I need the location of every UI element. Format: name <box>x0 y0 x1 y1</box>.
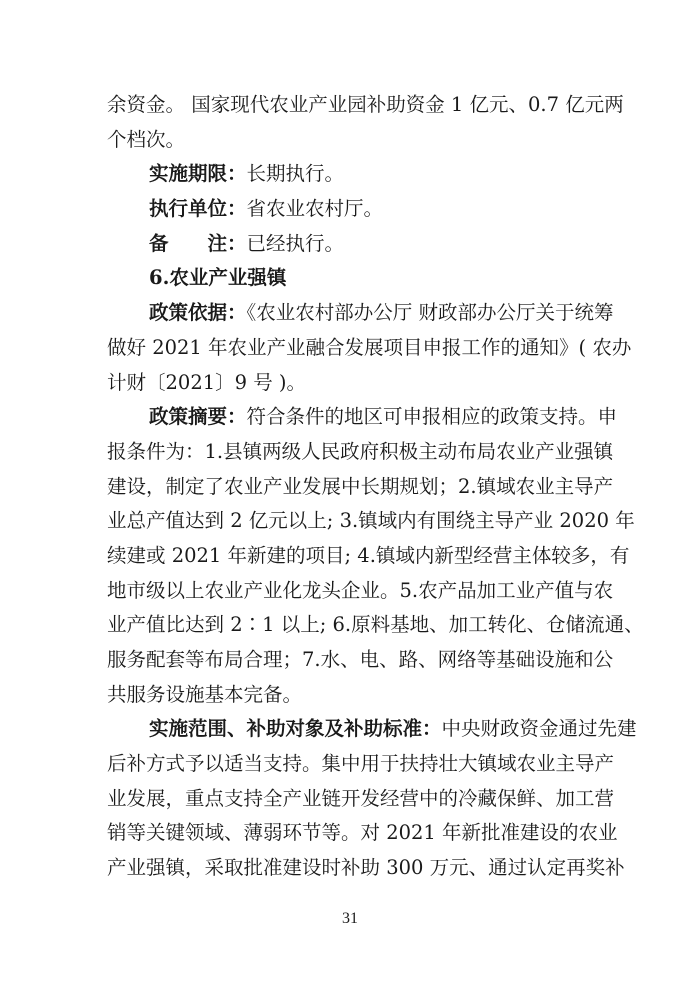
line-text: 共服务设施基本完备。 <box>107 683 302 706</box>
paragraph-line: 个档次。 <box>107 123 595 158</box>
field-label: 实施范围、补助对象及补助标准： <box>149 717 442 740</box>
document-body: 余资金。 国家现代农业产业园补助资金 1 亿元、0.7 亿元两 个档次。 实施期… <box>107 88 595 886</box>
paragraph-line: 地市级以上农业产业化龙头企业。5.农产品加工业产值与农 <box>107 574 595 609</box>
paragraph-line: 销等关键领域、薄弱环节等。对 2021 年新批准建设的农业 <box>107 816 595 851</box>
field-value: 已经执行。 <box>247 232 345 255</box>
line-text: 后补方式予以适当支持。集中用于扶持壮大镇域农业主导产 <box>107 752 614 775</box>
document-page: 余资金。 国家现代农业产业园补助资金 1 亿元、0.7 亿元两 个档次。 实施期… <box>0 0 700 990</box>
line-text: 计财〔2021〕9 号 )。 <box>107 371 306 394</box>
field-label: 政策依据： <box>149 301 247 324</box>
line-text: 个档次。 <box>107 128 185 151</box>
paragraph-line: 共服务设施基本完备。 <box>107 678 595 713</box>
field-value: 长期执行。 <box>247 162 345 185</box>
field-value: 省农业农村厅。 <box>247 197 384 220</box>
paragraph-line: 余资金。 国家现代农业产业园补助资金 1 亿元、0.7 亿元两 <box>107 88 595 123</box>
field-scope-and-standard: 实施范围、补助对象及补助标准：中央财政资金通过先建 <box>107 712 595 747</box>
field-label: 政策摘要： <box>149 405 247 428</box>
line-text: 报条件为：1.县镇两级人民政府积极主动布局农业产业强镇 <box>107 440 613 463</box>
field-remarks: 备 注：已经执行。 <box>107 227 595 262</box>
line-text: 余资金。 国家现代农业产业园补助资金 1 亿元、0.7 亿元两 <box>107 93 624 116</box>
field-implementation-period: 实施期限：长期执行。 <box>107 157 595 192</box>
field-label: 执行单位： <box>149 197 247 220</box>
paragraph-line: 报条件为：1.县镇两级人民政府积极主动布局农业产业强镇 <box>107 435 595 470</box>
paragraph-line: 业总产值达到 2 亿元以上; 3.镇域内有围绕主导产业 2020 年 <box>107 504 595 539</box>
paragraph-line: 后补方式予以适当支持。集中用于扶持壮大镇域农业主导产 <box>107 747 595 782</box>
line-text: 做好 2021 年农业产业融合发展项目申报工作的通知》( 农办 <box>107 336 631 359</box>
line-text: 销等关键领域、薄弱环节等。对 2021 年新批准建设的农业 <box>107 821 618 844</box>
line-text: 地市级以上农业产业化龙头企业。5.农产品加工业产值与农 <box>107 579 613 602</box>
field-value: 符合条件的地区可申报相应的政策支持。申 <box>247 405 618 428</box>
page-number: 31 <box>0 910 700 928</box>
line-text: 产业强镇，采取批准建设时补助 300 万元、通过认定再奖补 <box>107 856 625 879</box>
field-label: 实施期限： <box>149 162 247 185</box>
paragraph-line: 业产值比达到 2∶1 以上; 6.原料基地、加工转化、仓储流通、 <box>107 608 595 643</box>
line-text: 业产值比达到 2∶1 以上; 6.原料基地、加工转化、仓储流通、 <box>107 613 644 636</box>
section-heading: 6.农业产业强镇 <box>107 261 595 296</box>
field-label: 备 注： <box>149 232 247 255</box>
line-text: 建设，制定了农业产业发展中长期规划；2.镇域农业主导产 <box>107 475 613 498</box>
field-executing-unit: 执行单位：省农业农村厅。 <box>107 192 595 227</box>
paragraph-line: 服务配套等布局合理；7.水、电、路、网络等基础设施和公 <box>107 643 595 678</box>
paragraph-line: 业发展，重点支持全产业链开发经营中的冷藏保鲜、加工营 <box>107 782 595 817</box>
paragraph-line: 做好 2021 年农业产业融合发展项目申报工作的通知》( 农办 <box>107 331 595 366</box>
paragraph-line: 建设，制定了农业产业发展中长期规划；2.镇域农业主导产 <box>107 470 595 505</box>
line-text: 服务配套等布局合理；7.水、电、路、网络等基础设施和公 <box>107 648 613 671</box>
line-text: 业发展，重点支持全产业链开发经营中的冷藏保鲜、加工营 <box>107 787 614 810</box>
paragraph-line: 计财〔2021〕9 号 )。 <box>107 366 595 401</box>
line-text: 业总产值达到 2 亿元以上; 3.镇域内有围绕主导产业 2020 年 <box>107 509 635 532</box>
heading-text: 6.农业产业强镇 <box>149 266 286 289</box>
paragraph-line: 续建或 2021 年新建的项目; 4.镇域内新型经营主体较多，有 <box>107 539 595 574</box>
field-value: 中央财政资金通过先建 <box>442 717 637 740</box>
field-value: 《农业农村部办公厅 财政部办公厅关于统筹 <box>247 301 614 324</box>
paragraph-line: 产业强镇，采取批准建设时补助 300 万元、通过认定再奖补 <box>107 851 595 886</box>
field-policy-basis: 政策依据：《农业农村部办公厅 财政部办公厅关于统筹 <box>107 296 595 331</box>
line-text: 续建或 2021 年新建的项目; 4.镇域内新型经营主体较多，有 <box>107 544 629 567</box>
field-policy-summary: 政策摘要：符合条件的地区可申报相应的政策支持。申 <box>107 400 595 435</box>
